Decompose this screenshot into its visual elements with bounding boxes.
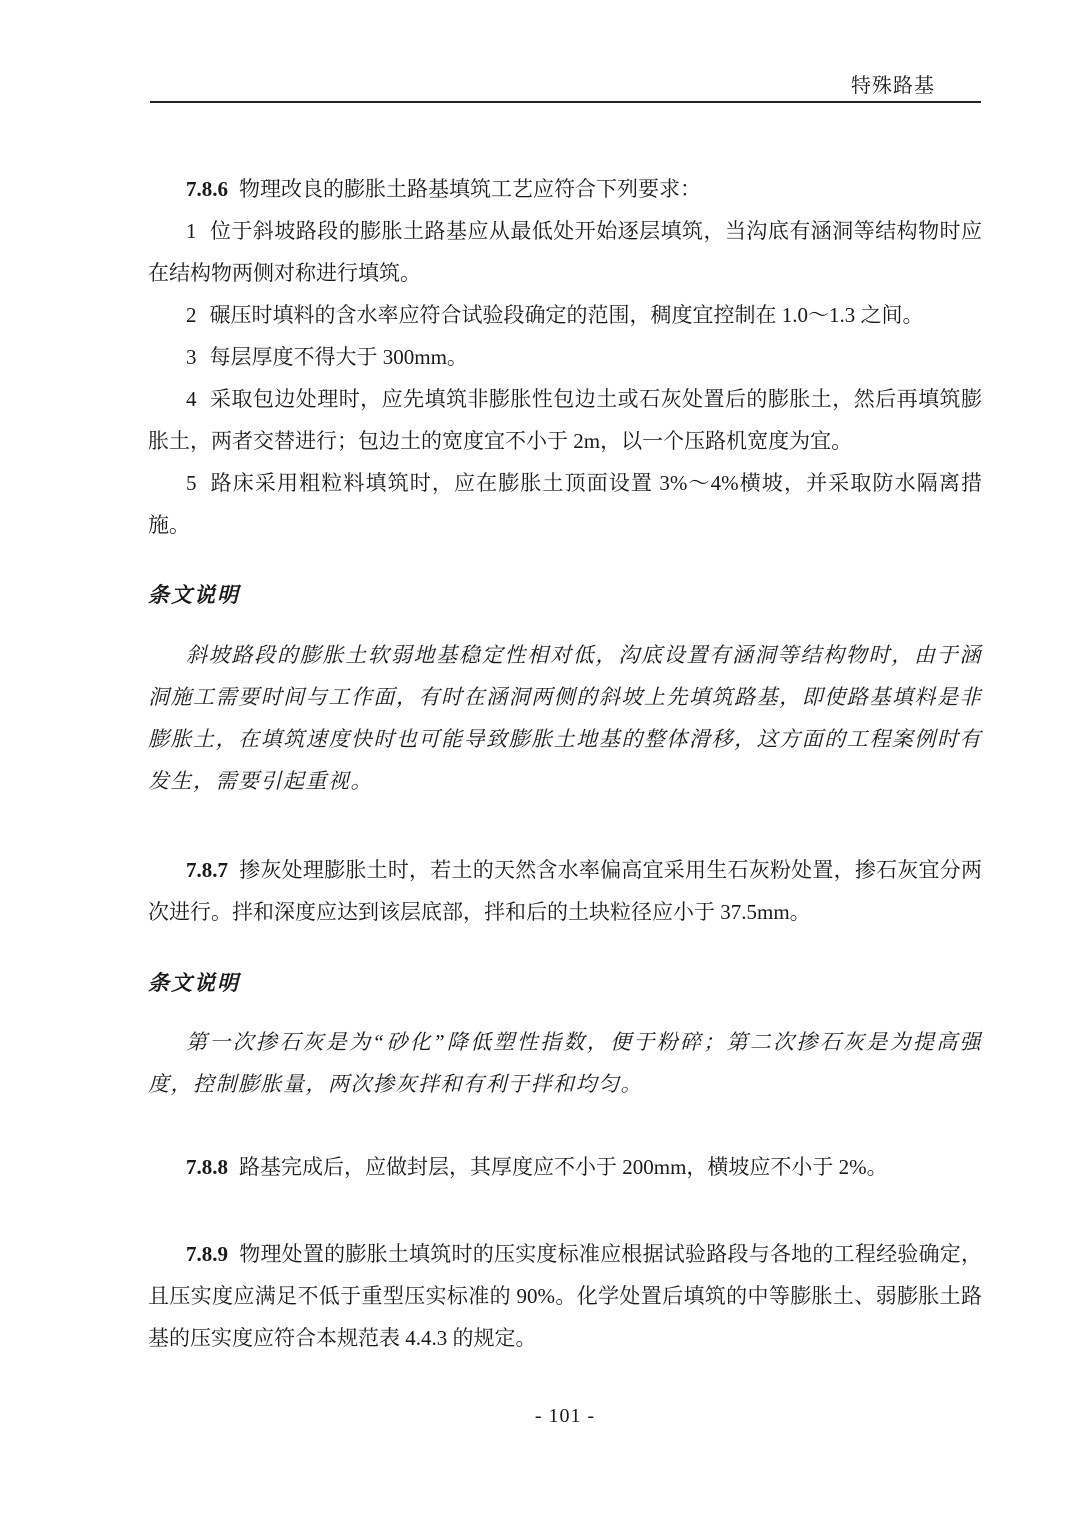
item-number: 2 xyxy=(186,303,197,327)
item-number: 4 xyxy=(186,387,197,411)
item-text: 碾压时填料的含水率应符合试验段确定的范围，稠度宜控制在 1.0～1.3 之间。 xyxy=(210,303,924,327)
commentary-heading: 条文说明 xyxy=(148,962,982,1004)
item-text: 路床采用粗粒料填筑时，应在膨胀土顶面设置 3%～4%横坡，并采取防水隔离措施。 xyxy=(148,471,982,537)
clause-7-8-8: 7.8.8路基完成后，应做封层，其厚度应不小于 200mm，横坡应不小于 2%。 xyxy=(148,1146,982,1188)
clause-7-8-9: 7.8.9物理处置的膨胀土填筑时的压实度标准应根据试验路段与各地的工程经验确定，… xyxy=(148,1233,982,1359)
clause-7-8-6-item-4: 4采取包边处理时，应先填筑非膨胀性包边土或石灰处置后的膨胀土，然后再填筑膨胀土，… xyxy=(148,378,982,462)
clause-text: 掺灰处理膨胀土时，若土的天然含水率偏高宜采用生石灰粉处置，掺石灰宜分两次进行。拌… xyxy=(148,858,982,924)
clause-number: 7.8.9 xyxy=(186,1242,228,1266)
header-rule xyxy=(150,101,981,103)
clause-7-8-6-item-5: 5路床采用粗粒料填筑时，应在膨胀土顶面设置 3%～4%横坡，并采取防水隔离措施。 xyxy=(148,462,982,546)
item-number: 5 xyxy=(186,471,197,495)
page-footer: - 101 - xyxy=(148,1405,982,1428)
clause-7-8-7: 7.8.7掺灰处理膨胀土时，若土的天然含水率偏高宜采用生石灰粉处置，掺石灰宜分两… xyxy=(148,849,982,933)
page-header: 特殊路基 xyxy=(150,0,981,103)
clause-number: 7.8.8 xyxy=(186,1155,228,1179)
clause-text: 物理改良的膨胀土路基填筑工艺应符合下列要求： xyxy=(239,177,701,201)
clause-text: 物理处置的膨胀土填筑时的压实度标准应根据试验路段与各地的工程经验确定，且压实度应… xyxy=(148,1242,982,1350)
clause-7-8-6: 7.8.6物理改良的膨胀土路基填筑工艺应符合下列要求： xyxy=(148,168,982,210)
item-text: 采取包边处理时，应先填筑非膨胀性包边土或石灰处置后的膨胀土，然后再填筑膨胀土，两… xyxy=(148,387,982,453)
item-number: 3 xyxy=(186,345,197,369)
commentary-paragraph-7-8-6: 斜坡路段的膨胀土软弱地基稳定性相对低，沟底设置有涵洞等结构物时，由于涵洞施工需要… xyxy=(148,634,982,802)
commentary-paragraph-7-8-7: 第一次掺石灰是为“砂化”降低塑性指数，便于粉碎；第二次掺石灰是为提高强度，控制膨… xyxy=(148,1021,982,1105)
clause-7-8-6-item-3: 3每层厚度不得大于 300mm。 xyxy=(148,336,982,378)
page-number: - 101 - xyxy=(535,1405,595,1427)
commentary-heading: 条文说明 xyxy=(148,574,982,616)
item-text: 位于斜坡路段的膨胀土路基应从最低处开始逐层填筑，当沟底有涵洞等结构物时应在结构物… xyxy=(148,219,982,285)
clause-7-8-6-item-2: 2碾压时填料的含水率应符合试验段确定的范围，稠度宜控制在 1.0～1.3 之间。 xyxy=(148,294,982,336)
item-number: 1 xyxy=(186,219,197,243)
clause-7-8-6-item-1: 1位于斜坡路段的膨胀土路基应从最低处开始逐层填筑，当沟底有涵洞等结构物时应在结构… xyxy=(148,210,982,294)
clause-number: 7.8.6 xyxy=(186,177,228,201)
document-page: 特殊路基 7.8.6物理改良的膨胀土路基填筑工艺应符合下列要求： 1位于斜坡路段… xyxy=(0,0,1074,1520)
page-body: 7.8.6物理改良的膨胀土路基填筑工艺应符合下列要求： 1位于斜坡路段的膨胀土路… xyxy=(148,168,982,1359)
item-text: 每层厚度不得大于 300mm。 xyxy=(210,345,468,369)
running-head-title: 特殊路基 xyxy=(150,72,981,100)
clause-number: 7.8.7 xyxy=(186,858,228,882)
clause-text: 路基完成后，应做封层，其厚度应不小于 200mm，横坡应不小于 2%。 xyxy=(239,1155,888,1179)
